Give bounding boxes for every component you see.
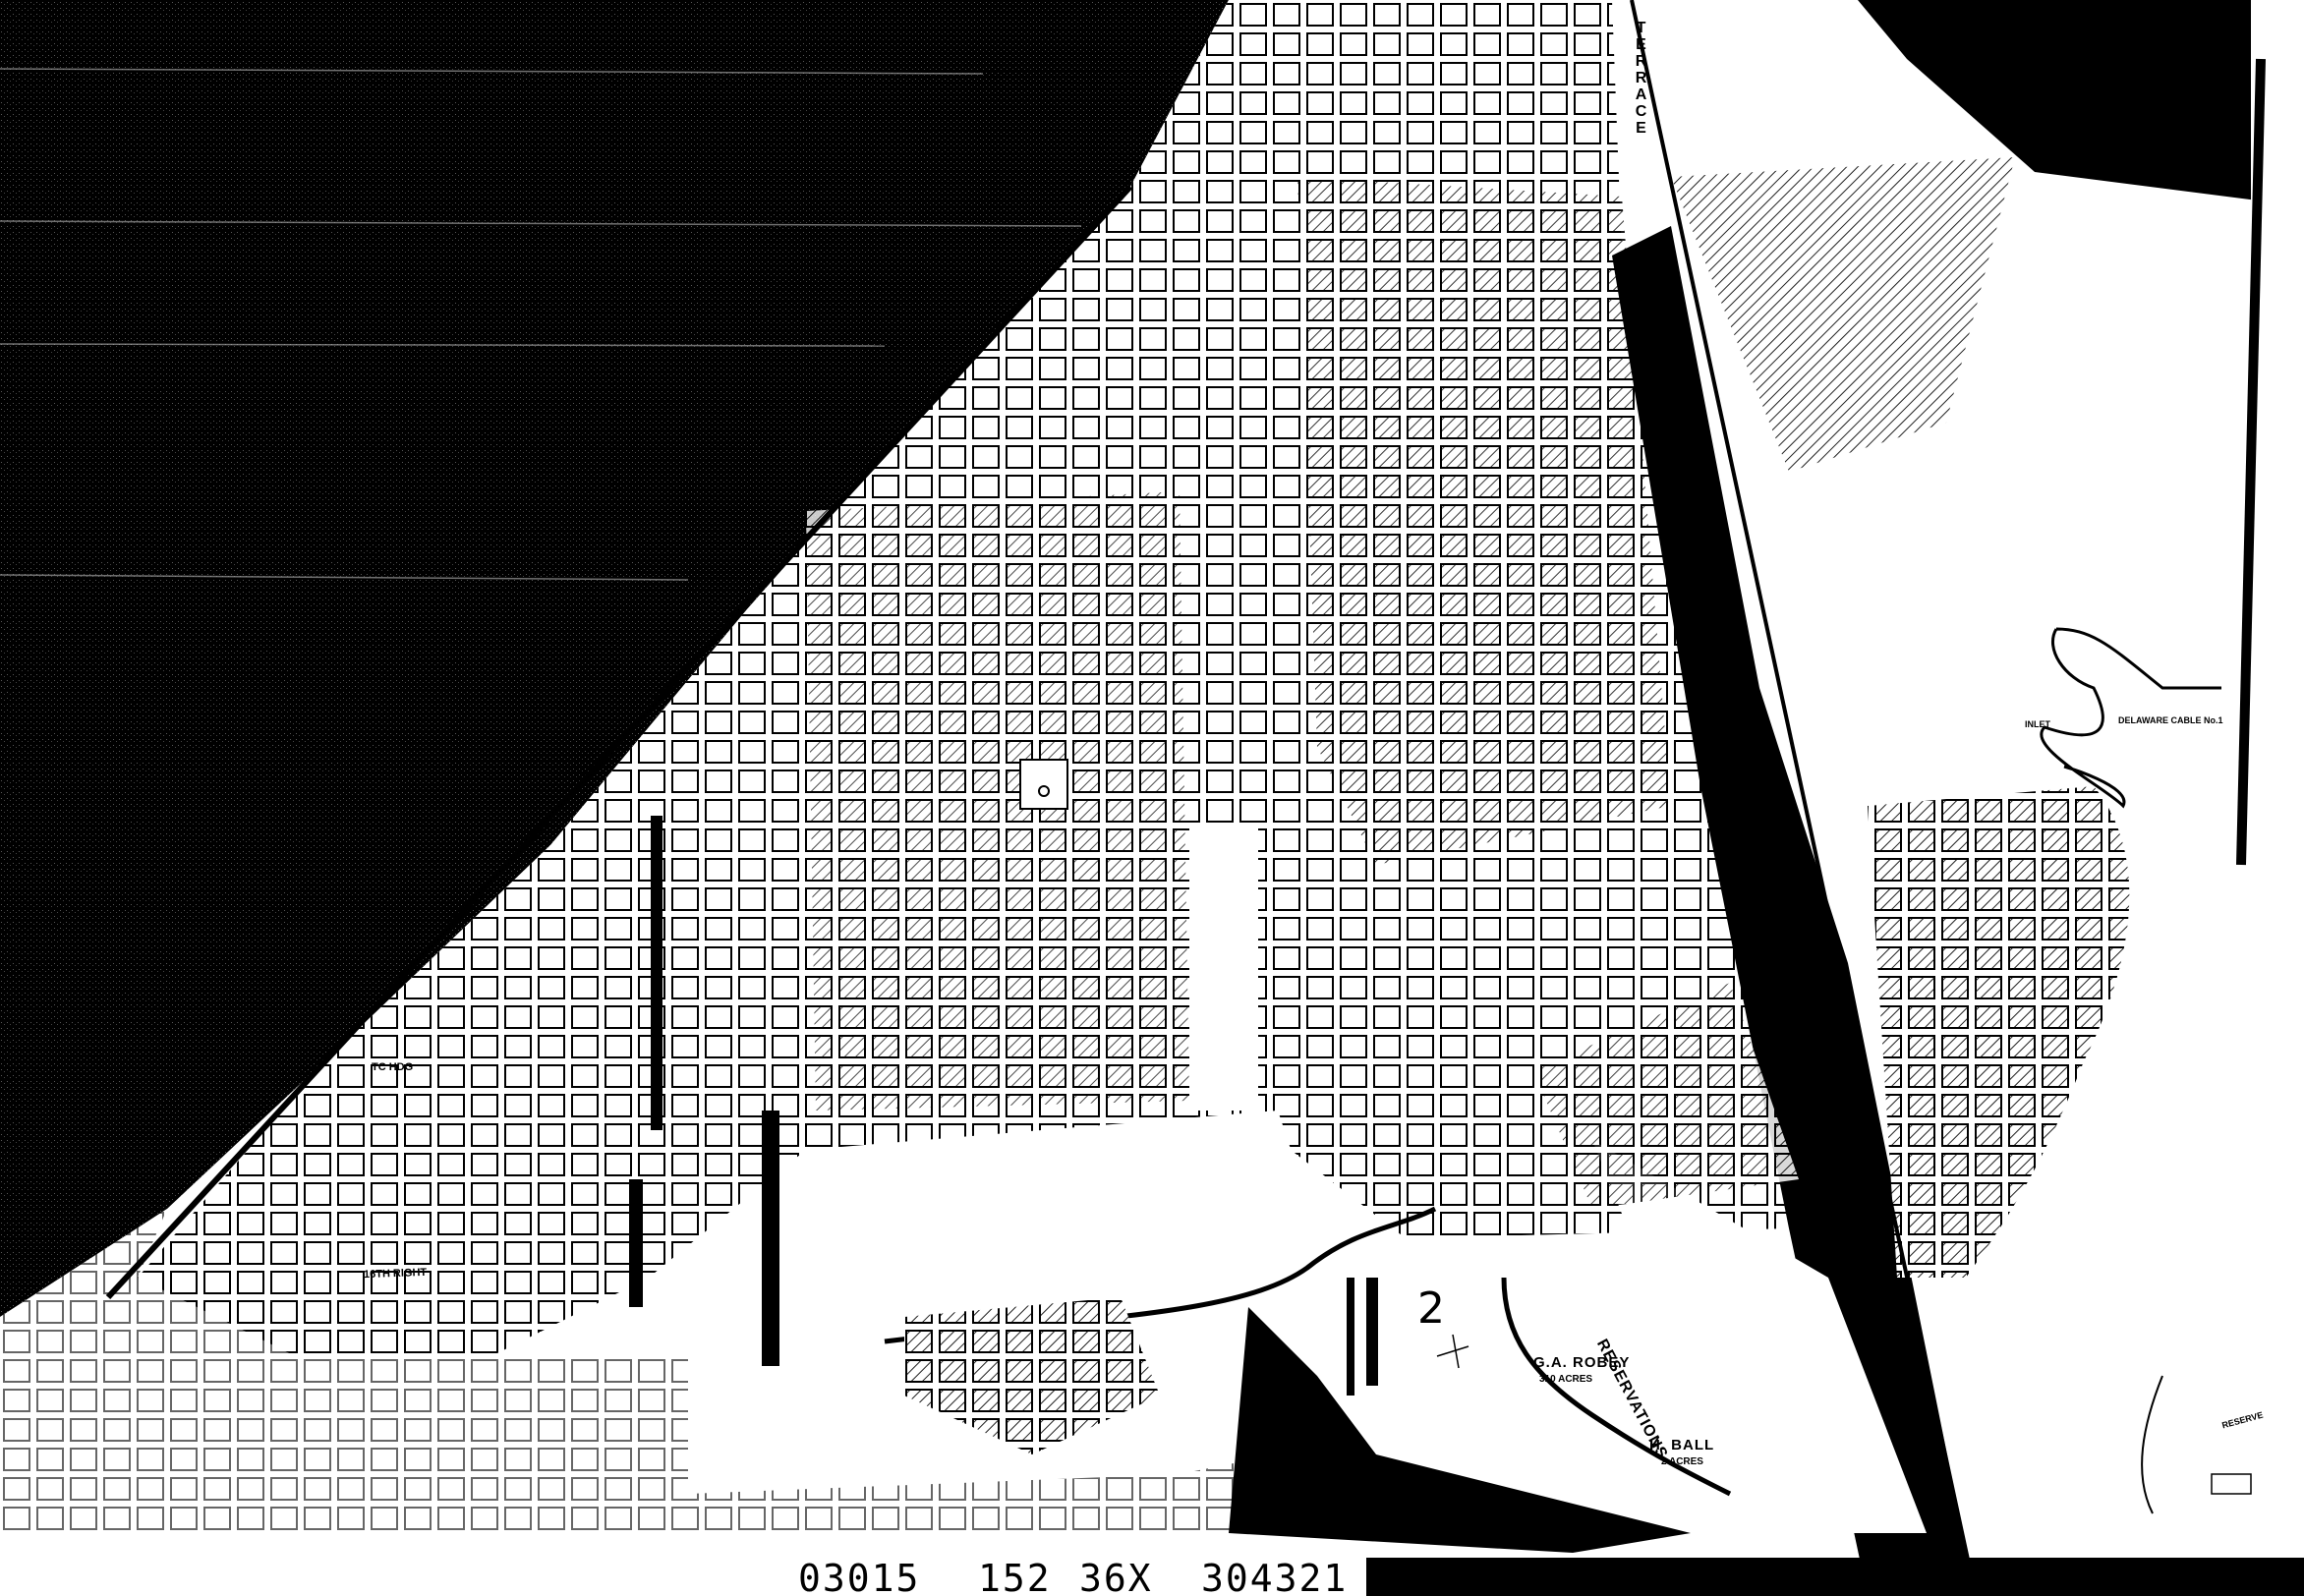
frame-roll-number: 03015 bbox=[798, 1557, 920, 1596]
water-label-cable: DELAWARE CABLE No.1 bbox=[2118, 715, 2223, 725]
street-label-terrace: TERRACE bbox=[1632, 20, 1649, 137]
frame-serial: 304321 bbox=[1201, 1557, 1348, 1596]
frame-reduction: 36X bbox=[1079, 1557, 1153, 1596]
street-label-16th: 16TH RIGHT bbox=[364, 1267, 428, 1281]
parcel-acres-robey: 310 ACRES bbox=[1539, 1374, 1592, 1385]
street-label-tc: TC HDG bbox=[372, 1061, 413, 1073]
parcel-acres-ball: 2 ACRES bbox=[1661, 1456, 1703, 1467]
map-sheet-number: 2 bbox=[1417, 1283, 1445, 1334]
frame-number: 152 bbox=[978, 1557, 1052, 1596]
map-scan bbox=[0, 0, 2304, 1596]
inlet-label: INLET bbox=[2025, 719, 2050, 729]
